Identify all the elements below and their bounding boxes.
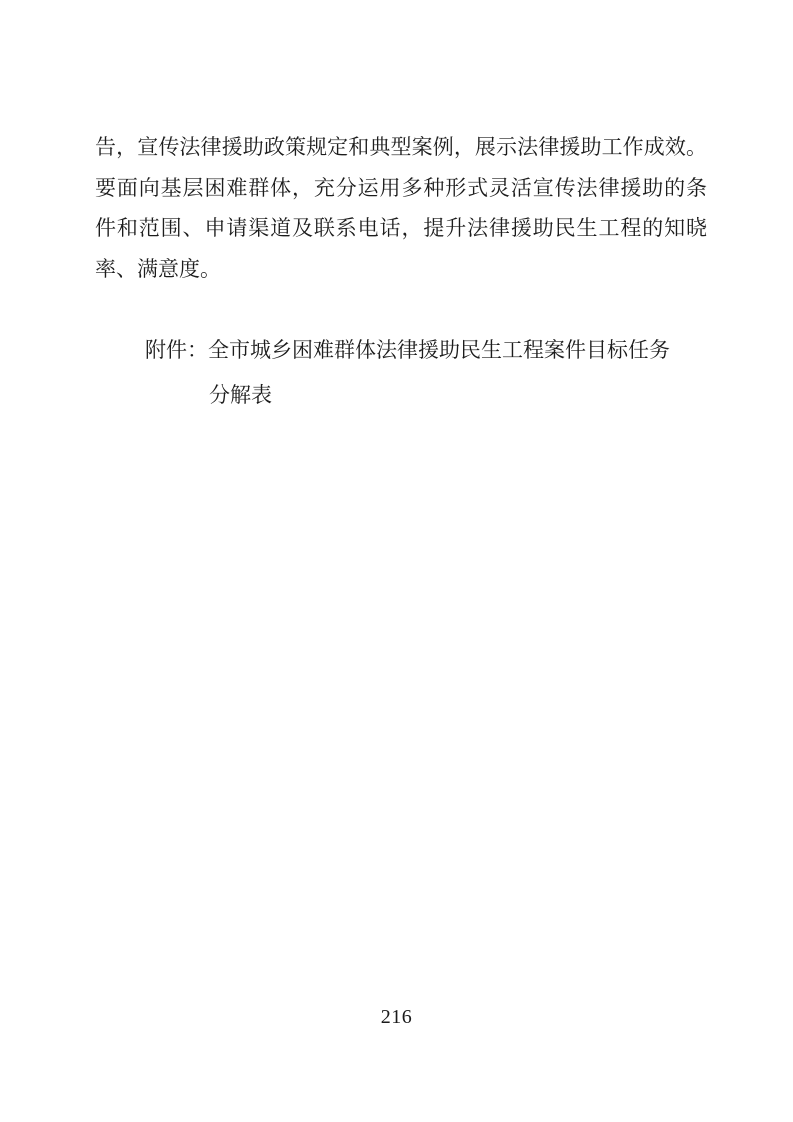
document-page: 告，宣传法律援助政策规定和典型案例，展示法律援助工作成效。 要面向基层困难群体，… [0,0,793,1122]
body-line: 要面向基层困难群体，充分运用多种形式灵活宣传法律援助的条 [95,168,707,209]
body-line: 告，宣传法律援助政策规定和典型案例，展示法律援助工作成效。 [95,127,707,168]
page-number-footer: 216 [0,1004,793,1030]
page-number: 216 [381,1006,413,1028]
body-line: 率、满意度。 [95,249,707,290]
body-line: 件和范围、申请渠道及联系电话，提升法律援助民生工程的知晓 [95,208,707,249]
attachment-reference-line: 附件：全市城乡困难群体法律援助民生工程案件目标任务 [145,330,670,371]
attachment-reference-continuation: 分解表 [209,375,272,416]
body-paragraph: 告，宣传法律援助政策规定和典型案例，展示法律援助工作成效。 要面向基层困难群体，… [95,127,707,290]
